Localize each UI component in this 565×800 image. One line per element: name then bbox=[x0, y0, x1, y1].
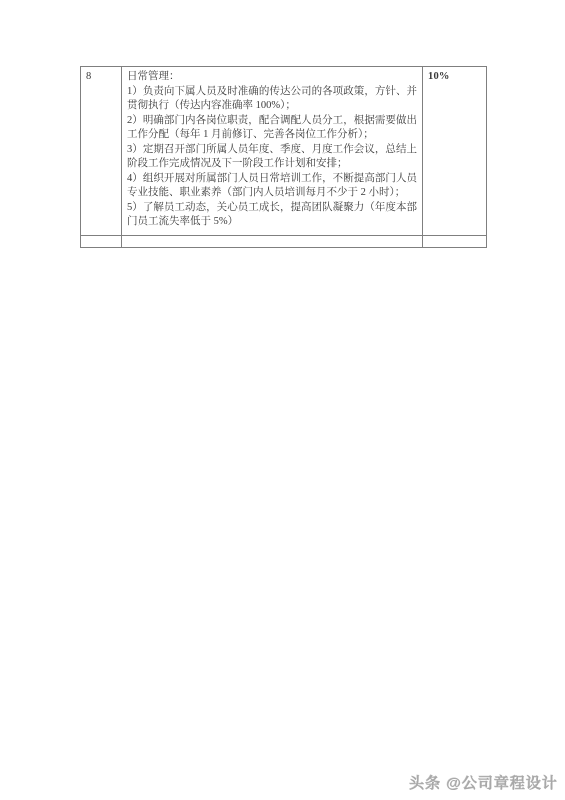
duty-item-1: 1）负责向下属人员及时准确的传达公司的各项政策，方针、并贯彻执行（传达内容准确率… bbox=[127, 85, 417, 114]
duty-title: 日常管理： bbox=[127, 70, 417, 85]
duty-item-5: 5）了解员工动态，关心员工成长，提高团队凝聚力（年度本部门员工流失率低于 5%） bbox=[127, 201, 417, 230]
duty-item-3: 3）定期召开部门所属人员年度、季度、月度工作会议，总结上阶段工作完成情况及下一阶… bbox=[127, 143, 417, 172]
empty-content-cell bbox=[122, 236, 423, 248]
watermark-text: 头条 @公司章程设计 bbox=[409, 772, 558, 793]
document-page: 8 日常管理： 1）负责向下属人员及时准确的传达公司的各项政策，方针、并贯彻执行… bbox=[0, 0, 565, 800]
duties-table: 8 日常管理： 1）负责向下属人员及时准确的传达公司的各项政策，方针、并贯彻执行… bbox=[80, 66, 487, 248]
table-row-main: 8 日常管理： 1）负责向下属人员及时准确的传达公司的各项政策，方针、并贯彻执行… bbox=[81, 67, 487, 236]
duty-content-cell: 日常管理： 1）负责向下属人员及时准确的传达公司的各项政策，方针、并贯彻执行（传… bbox=[122, 67, 423, 236]
table-row-empty bbox=[81, 236, 487, 248]
duty-item-4: 4）组织开展对所属部门人员日常培训工作，不断提高部门人员专业技能、职业素养（部门… bbox=[127, 172, 417, 201]
empty-index-cell bbox=[81, 236, 122, 248]
duty-item-2: 2）明确部门内各岗位职责，配合调配人员分工，根据需要做出工作分配（每年 1 月前… bbox=[127, 114, 417, 143]
row-index-cell: 8 bbox=[81, 67, 122, 236]
weight-cell: 10% bbox=[423, 67, 487, 236]
empty-weight-cell bbox=[423, 236, 487, 248]
